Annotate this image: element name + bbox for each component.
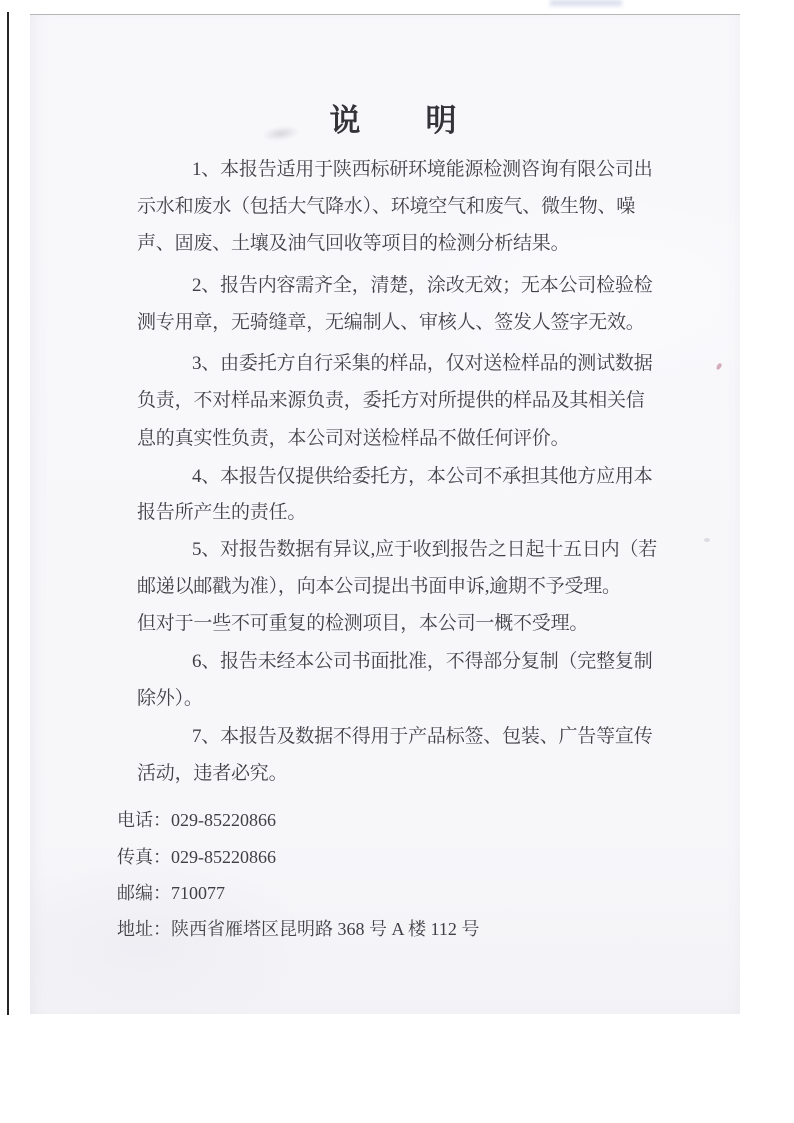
paragraph-2-line-2: 测专用章，无骑缝章，无编制人、审核人、签发人签字无效。	[137, 312, 697, 334]
blue-smudge-artifact	[550, 0, 622, 6]
paragraph-3-line-3: 息的真实性负责，本公司对送检样品不做任何评价。	[137, 428, 697, 450]
page-title: 说 明	[137, 101, 650, 141]
paragraph-7-line-1: 7、本报告及数据不得用于产品标签、包装、广告等宣传	[192, 726, 752, 748]
paragraph-6-line-1: 6、报告未经本公司书面批准，不得部分复制（完整复制	[192, 651, 752, 673]
paragraph-1-line-3: 声、固废、土壤及油气回收等项目的检测分析结果。	[137, 233, 697, 255]
paragraph-3-line-1: 3、由委托方自行采集的样品，仅对送检样品的测试数据	[192, 353, 752, 375]
paragraph-5-line-3: 但对于一些不可重复的检测项目，本公司一概不受理。	[137, 613, 697, 635]
paragraph-4-line-2: 报告所产生的责任。	[137, 502, 697, 524]
paragraph-4-line-1: 4、本报告仅提供给委托方，本公司不承担其他方应用本	[192, 466, 752, 488]
contact-address-line: 地址：陕西省雁塔区昆明路 368 号 A 楼 112 号	[117, 918, 677, 940]
paragraph-2-line-1: 2、报告内容需齐全，清楚，涂改无效；无本公司检验检	[192, 275, 752, 297]
paragraph-5-line-1: 5、对报告数据有异议,应于收到报告之日起十五日内（若	[192, 539, 752, 561]
paragraph-6-line-2: 除外）。	[137, 688, 697, 710]
paragraph-3-line-2: 负责，不对样品来源负责，委托方对所提供的样品及其相关信	[137, 390, 697, 412]
document-page: 说 明 1、本报告适用于陕西标研环境能源检测咨询有限公司出 示水和废水（包括大气…	[30, 14, 740, 1014]
contact-fax-line: 传真：029-85220866	[117, 846, 677, 868]
contact-phone-line: 电话：029-85220866	[117, 809, 677, 831]
paragraph-5-line-2: 邮递以邮戳为准），向本公司提出书面申诉,逾期不予受理。	[137, 576, 697, 598]
scan-canvas: 说 明 1、本报告适用于陕西标研环境能源检测咨询有限公司出 示水和废水（包括大气…	[0, 0, 794, 1123]
scanner-edge-line	[7, 12, 9, 1015]
contact-postcode-line: 邮编：710077	[117, 882, 677, 904]
paragraph-1-line-1: 1、本报告适用于陕西标研环境能源检测咨询有限公司出	[192, 159, 752, 181]
paragraph-7-line-2: 活动，违者必究。	[137, 763, 697, 785]
paragraph-1-line-2: 示水和废水（包括大气降水）、环境空气和废气、微生物、噪	[137, 196, 697, 218]
